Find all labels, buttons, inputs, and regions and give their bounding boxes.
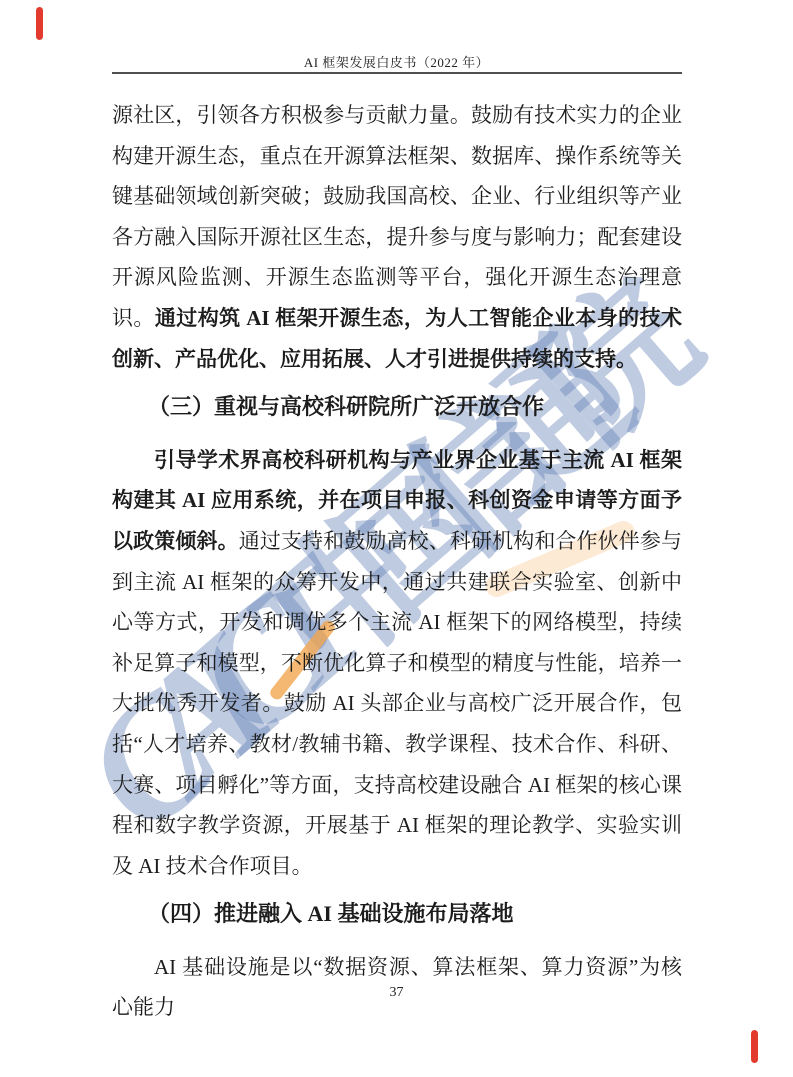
text-run: 通过支持和鼓励高校、科研机构和合作伙伴参与到主流 AI 框架的众筹开发中，通过共… bbox=[112, 529, 682, 878]
document-body: 源社区，引领各方积极参与贡献力量。鼓励有技术实力的企业构建开源生态，重点在开源算… bbox=[112, 95, 682, 1028]
section-heading: （三）重视与高校科研院所广泛开放合作 bbox=[112, 387, 682, 428]
bold-text-run: 通过构筑 AI 框架开源生态，为人工智能企业本身的技术创新、产品优化、应用拓展、… bbox=[112, 306, 682, 371]
document-page: AI 框架发展白皮书（2022 年） CAICT中国信通院 源社区，引领各方积极… bbox=[0, 0, 793, 1077]
section-heading: （四）推进融入 AI 基础设施布局落地 bbox=[112, 894, 682, 935]
corner-mark-bottom-right bbox=[751, 1030, 758, 1063]
text-run: 源社区，引领各方积极参与贡献力量。鼓励有技术实力的企业构建开源生态，重点在开源算… bbox=[112, 103, 682, 330]
paragraph: 引导学术界高校科研机构与产业界企业基于主流 AI 框架构建其 AI 应用系统，并… bbox=[112, 440, 682, 887]
header-title: AI 框架发展白皮书（2022 年） bbox=[0, 52, 793, 71]
paragraph: 源社区，引领各方积极参与贡献力量。鼓励有技术实力的企业构建开源生态，重点在开源算… bbox=[112, 95, 682, 379]
page-number: 37 bbox=[0, 985, 793, 1001]
corner-mark-top-left bbox=[36, 7, 43, 40]
header-rule bbox=[112, 72, 682, 74]
